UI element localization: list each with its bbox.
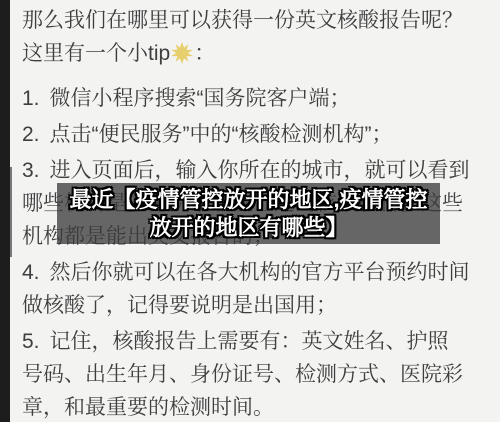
item-text: 微信小程序搜索“国务院客户端； [50, 87, 351, 110]
intro-tip-colon: ： [194, 42, 215, 65]
caption-title-line1: 最近【疫情管控放开的地区,疫情管控 [69, 186, 427, 214]
article-screenshot: 那么我们在哪里可以获得一份英文核酸报告呢？ 这里有一个小tip： 1.微信小程序… [0, 0, 500, 422]
item-number: 1. [22, 87, 40, 110]
intro-tip-line: 这里有一个小tip： [22, 37, 490, 70]
item-number: 2. [22, 123, 40, 146]
intro-question: 那么我们在哪里可以获得一份英文核酸报告呢？ [22, 4, 490, 37]
item-text: 进入页面后，输入你所在的城市，就可以看到 [50, 159, 470, 182]
item-number: 3. [22, 159, 40, 182]
list-item: 4.然后你就可以在各大机构的官方平台预约时间 做核酸了，记得要说明是出国用； [22, 256, 490, 322]
left-border-bar [0, 0, 10, 422]
intro-question-text: 那么我们在哪里可以获得一份英文核酸报告呢？ [22, 9, 463, 32]
item-text: 做核酸了，记得要说明是出国用； [22, 289, 490, 322]
item-number: 5. [22, 330, 40, 353]
item-text: 点击“便民服务”中的“核酸检测机构”； [50, 123, 393, 146]
caption-overlay: 最近【疫情管控放开的地区,疫情管控 放开的地区有哪些】 [57, 183, 440, 244]
sparkle-star-icon [171, 42, 193, 64]
list-item: 5.记住，核酸报告上需要有：英文姓名、护照 号码、出生年月、身份证号、检测方式、… [22, 325, 490, 422]
list-item: 2.点击“便民服务”中的“核酸检测机构”； [22, 118, 490, 151]
intro-tip-text: 这里有一个小tip [22, 42, 170, 65]
item-text: 记住，核酸报告上需要有：英文姓名、护照 [50, 330, 449, 353]
item-text: 号码、出生年月、身份证号、检测方式、医院彩 [22, 358, 490, 391]
item-text: 章，和最重要的检测时间。 [22, 391, 490, 422]
list-item: 1.微信小程序搜索“国务院客户端； [22, 82, 490, 115]
caption-title-line2: 放开的地区有哪些】 [149, 214, 347, 242]
scroll-indicator-line [10, 167, 12, 257]
item-text: 然后你就可以在各大机构的官方平台预约时间 [50, 261, 470, 284]
item-number: 4. [22, 261, 40, 284]
